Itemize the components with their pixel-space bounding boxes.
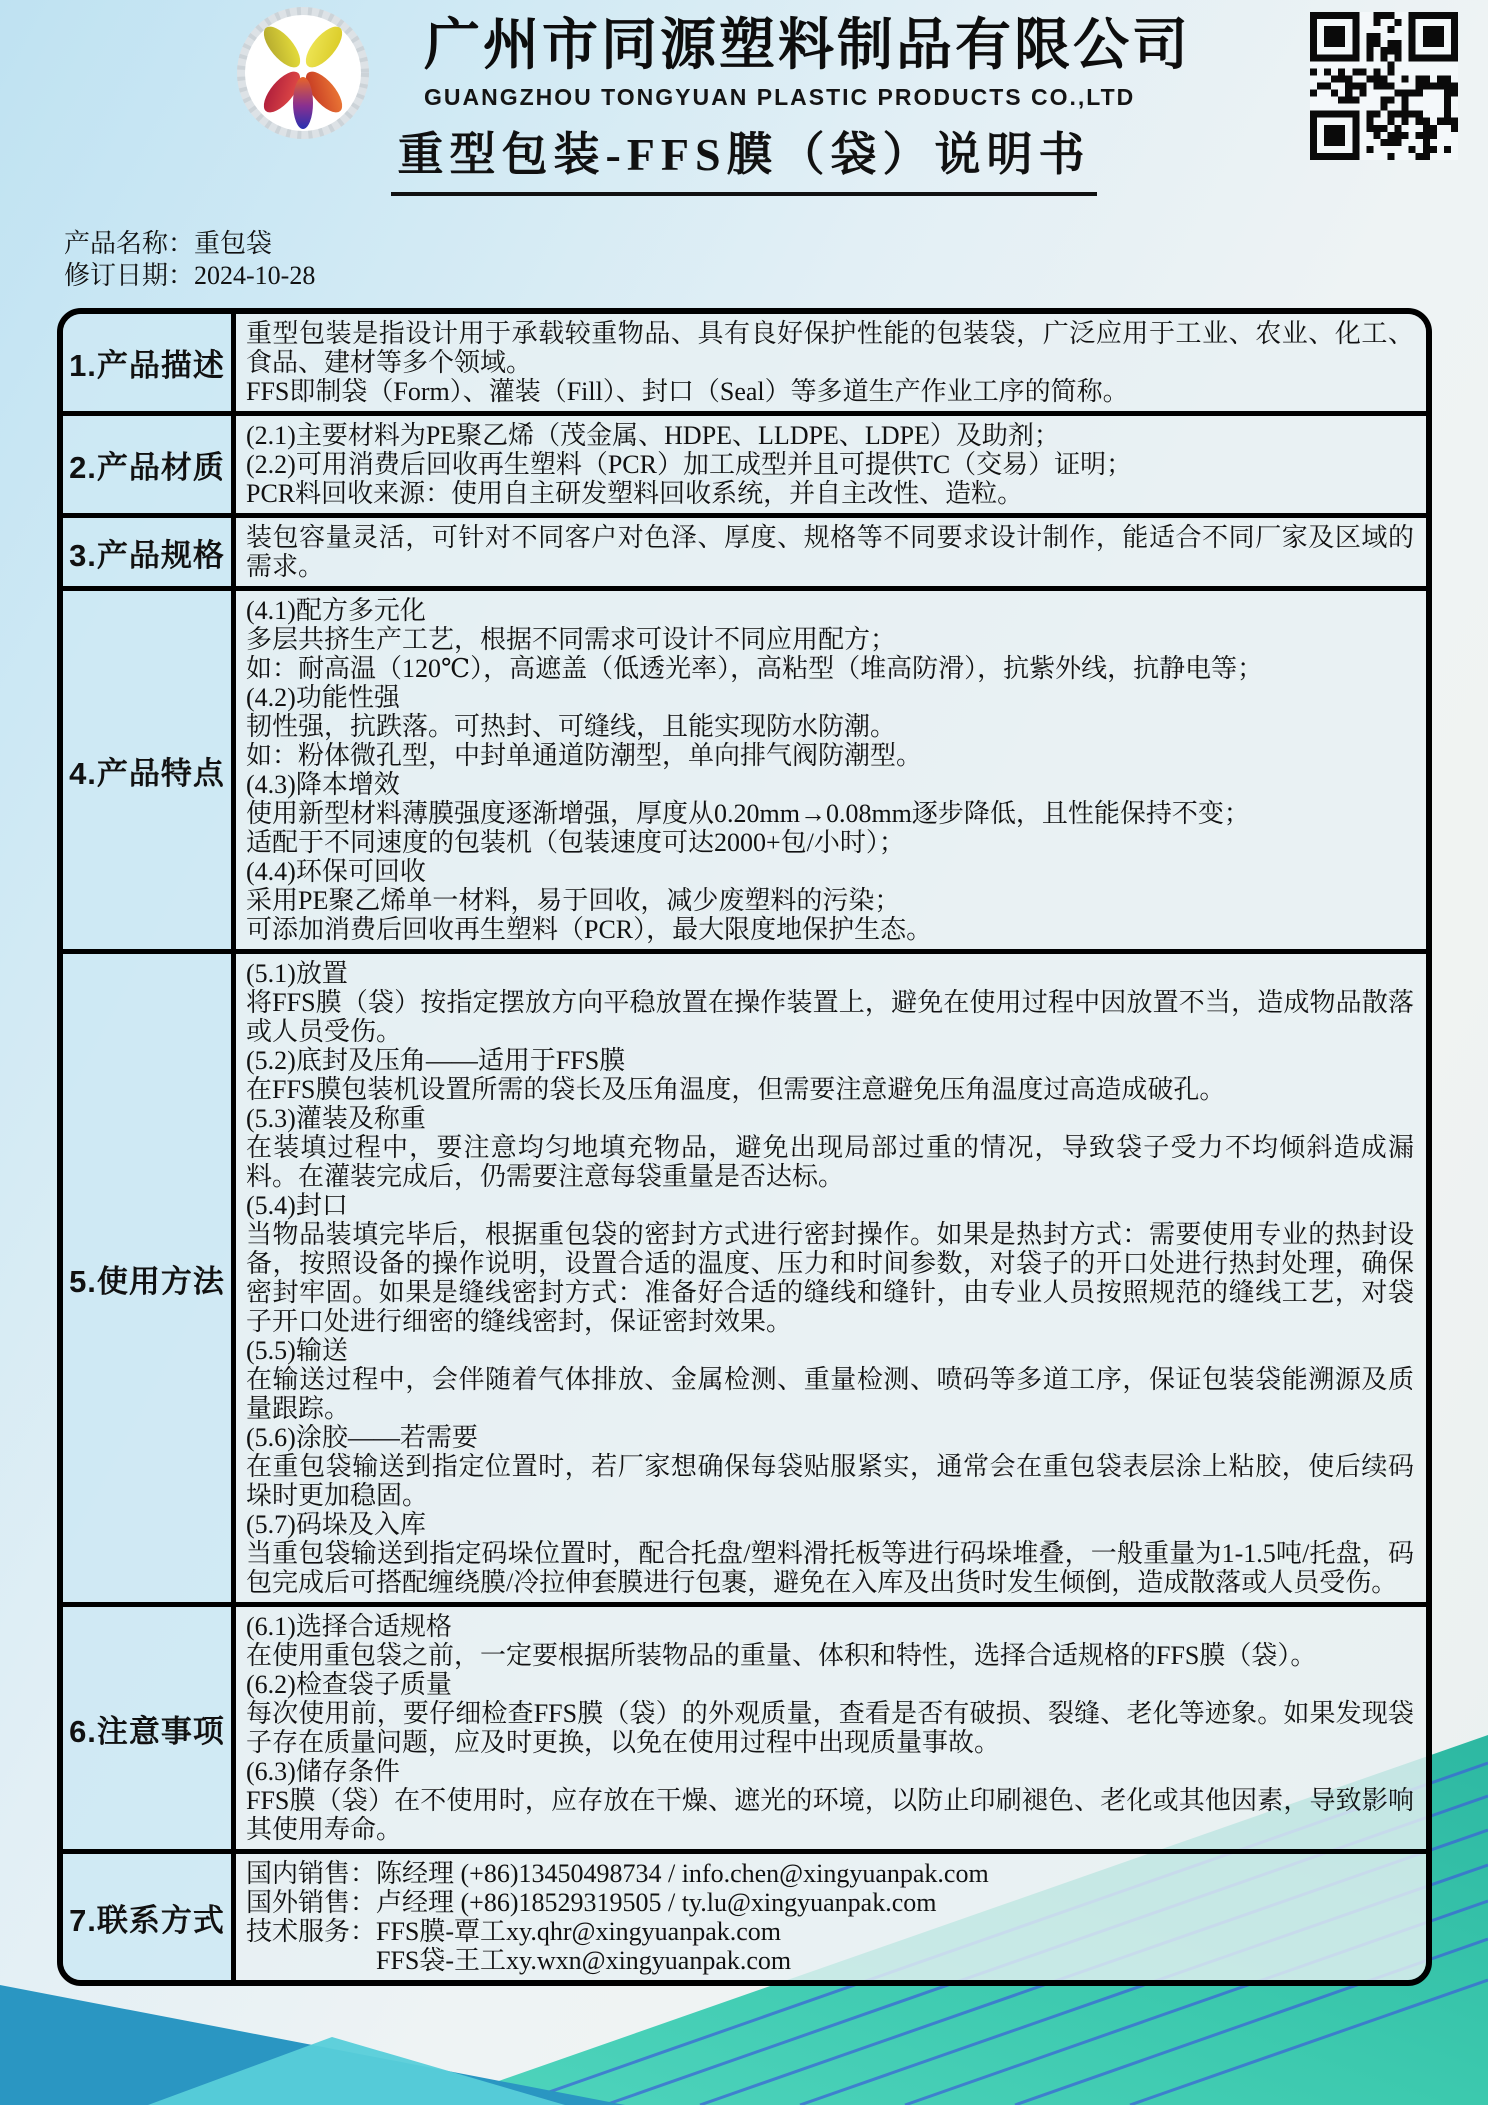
content-line: 如：粉体微孔型，中封单通道防潮型，单向排气阀防潮型。 — [246, 741, 1414, 770]
table-row: 5.使用方法(5.1)放置将FFS膜（袋）按指定摆放方向平稳放置在操作装置上，避… — [63, 954, 1426, 1607]
row-content: (6.1)选择合适规格在使用重包袋之前，一定要根据所装物品的重量、体积和特性，选… — [236, 1607, 1426, 1849]
content-line: (6.1)选择合适规格 — [246, 1612, 1414, 1641]
spec-table: 1.产品描述重型包装是指设计用于承载较重物品、具有良好保护性能的包装袋，广泛应用… — [57, 308, 1432, 1986]
content-line: 多层共挤生产工艺，根据不同需求可设计不同应用配方； — [246, 625, 1414, 654]
content-line: (5.6)涂胶——若需要 — [246, 1423, 1414, 1452]
revision-date-value: 2024-10-28 — [194, 261, 315, 290]
table-row: 1.产品描述重型包装是指设计用于承载较重物品、具有良好保护性能的包装袋，广泛应用… — [63, 314, 1426, 416]
content-line: 在装填过程中，要注意均匀地填充物品，避免出现局部过重的情况，导致袋子受力不均倾斜… — [246, 1133, 1414, 1191]
row-content: 国内销售：陈经理 (+86)13450498734 / info.chen@xi… — [236, 1854, 1426, 1980]
content-line: 采用PE聚乙烯单一材料，易于回收，减少废塑料的污染； — [246, 886, 1414, 915]
row-content: (5.1)放置将FFS膜（袋）按指定摆放方向平稳放置在操作装置上，避免在使用过程… — [236, 954, 1426, 1602]
content-line: 适配于不同速度的包装机（包装速度可达2000+包/小时）； — [246, 828, 1414, 857]
content-line: (5.1)放置 — [246, 959, 1414, 988]
content-line: (5.4)封口 — [246, 1191, 1414, 1220]
row-content: 装包容量灵活，可针对不同客户对色泽、厚度、规格等不同要求设计制作，能适合不同厂家… — [236, 518, 1426, 586]
table-row: 6.注意事项(6.1)选择合适规格在使用重包袋之前，一定要根据所装物品的重量、体… — [63, 1607, 1426, 1854]
row-label: 3.产品规格 — [63, 518, 236, 586]
content-line: 可添加消费后回收再生塑料（PCR），最大限度地保护生态。 — [246, 915, 1414, 944]
row-label: 2.产品材质 — [63, 416, 236, 513]
revision-date-line: 修订日期：2024-10-28 — [64, 260, 315, 292]
content-line: (4.1)配方多元化 — [246, 596, 1414, 625]
content-line: FFS袋-王工xy.wxn@xingyuanpak.com — [246, 1946, 1414, 1975]
content-line: 每次使用前，要仔细检查FFS膜（袋）的外观质量，查看是否有破损、裂缝、老化等迹象… — [246, 1699, 1414, 1757]
company-name-en: GUANGZHOU TONGYUAN PLASTIC PRODUCTS CO.,… — [424, 84, 1224, 111]
content-line: PCR料回收来源：使用自主研发塑料回收系统，并自主改性、造粒。 — [246, 479, 1414, 508]
content-line: 在使用重包袋之前，一定要根据所装物品的重量、体积和特性，选择合适规格的FFS膜（… — [246, 1641, 1414, 1670]
row-content: (2.1)主要材料为PE聚乙烯（茂金属、HDPE、LLDPE、LDPE）及助剂；… — [236, 416, 1426, 513]
doc-title: 重型包装-FFS膜（袋）说明书 — [0, 118, 1488, 196]
row-label: 5.使用方法 — [63, 954, 236, 1602]
content-line: (4.4)环保可回收 — [246, 857, 1414, 886]
content-line: FFS膜（袋）在不使用时，应存放在干燥、遮光的环境，以防止印刷褪色、老化或其他因… — [246, 1786, 1414, 1844]
content-line: 重型包装是指设计用于承载较重物品、具有良好保护性能的包装袋，广泛应用于工业、农业… — [246, 319, 1414, 377]
content-line: 国外销售：卢经理 (+86)18529319505 / ty.lu@xingyu… — [246, 1888, 1414, 1917]
content-line: (6.3)储存条件 — [246, 1757, 1414, 1786]
row-label: 7.联系方式 — [63, 1854, 236, 1980]
content-line: FFS即制袋（Form）、灌装（Fill）、封口（Seal）等多道生产作业工序的… — [246, 377, 1414, 406]
content-line: 在FFS膜包装机设置所需的袋长及压角温度，但需要注意避免压角温度过高造成破孔。 — [246, 1075, 1414, 1104]
table-row: 2.产品材质(2.1)主要材料为PE聚乙烯（茂金属、HDPE、LLDPE、LDP… — [63, 416, 1426, 518]
content-line: (5.5)输送 — [246, 1336, 1414, 1365]
product-name-line: 产品名称：重包袋 — [64, 228, 315, 260]
content-line: 韧性强，抗跌落。可热封、可缝线，且能实现防水防潮。 — [246, 712, 1414, 741]
content-line: 如：耐高温（120℃），高遮盖（低透光率），高粘型（堆高防滑），抗紫外线，抗静电… — [246, 654, 1414, 683]
row-content: (4.1)配方多元化多层共挤生产工艺，根据不同需求可设计不同应用配方；如：耐高温… — [236, 591, 1426, 949]
row-content: 重型包装是指设计用于承载较重物品、具有良好保护性能的包装袋，广泛应用于工业、农业… — [236, 314, 1426, 411]
content-line: (5.2)底封及压角——适用于FFS膜 — [246, 1046, 1414, 1075]
product-name-value: 重包袋 — [194, 229, 272, 258]
content-line: 当重包袋输送到指定码垛位置时，配合托盘/塑料滑托板等进行码垛堆叠，一般重量为1-… — [246, 1539, 1414, 1597]
row-label: 1.产品描述 — [63, 314, 236, 411]
content-line: 将FFS膜（袋）按指定摆放方向平稳放置在操作装置上，避免在使用过程中因放置不当，… — [246, 988, 1414, 1046]
content-line: 使用新型材料薄膜强度逐渐增强，厚度从0.20mm→0.08mm逐步降低，且性能保… — [246, 799, 1414, 828]
content-line: 装包容量灵活，可针对不同客户对色泽、厚度、规格等不同要求设计制作，能适合不同厂家… — [246, 523, 1414, 581]
content-line: (5.3)灌装及称重 — [246, 1104, 1414, 1133]
content-line: (4.3)降本增效 — [246, 770, 1414, 799]
content-line: 国内销售：陈经理 (+86)13450498734 / info.chen@xi… — [246, 1859, 1414, 1888]
doc-meta: 产品名称：重包袋 修订日期：2024-10-28 — [64, 228, 315, 292]
table-row: 7.联系方式国内销售：陈经理 (+86)13450498734 / info.c… — [63, 1854, 1426, 1980]
row-label: 6.注意事项 — [63, 1607, 236, 1849]
table-row: 3.产品规格装包容量灵活，可针对不同客户对色泽、厚度、规格等不同要求设计制作，能… — [63, 518, 1426, 591]
content-line: (2.1)主要材料为PE聚乙烯（茂金属、HDPE、LLDPE、LDPE）及助剂； — [246, 421, 1414, 450]
row-label: 4.产品特点 — [63, 591, 236, 949]
company-name-cn: 广州市同源塑料制品有限公司 — [424, 16, 1224, 75]
content-line: 当物品装填完毕后，根据重包袋的密封方式进行密封操作。如果是热封方式：需要使用专业… — [246, 1220, 1414, 1336]
content-line: 在输送过程中，会伴随着气体排放、金属检测、重量检测、喷码等多道工序，保证包装袋能… — [246, 1365, 1414, 1423]
content-line: 在重包袋输送到指定位置时，若厂家想确保每袋贴服紧实，通常会在重包袋表层涂上粘胶，… — [246, 1452, 1414, 1510]
content-line: (5.7)码垛及入库 — [246, 1510, 1414, 1539]
content-line: 技术服务：FFS膜-覃工xy.qhr@xingyuanpak.com — [246, 1917, 1414, 1946]
table-row: 4.产品特点(4.1)配方多元化多层共挤生产工艺，根据不同需求可设计不同应用配方… — [63, 591, 1426, 954]
content-line: (2.2)可用消费后回收再生塑料（PCR）加工成型并且可提供TC（交易）证明； — [246, 450, 1414, 479]
content-line: (6.2)检查袋子质量 — [246, 1670, 1414, 1699]
content-line: (4.2)功能性强 — [246, 683, 1414, 712]
